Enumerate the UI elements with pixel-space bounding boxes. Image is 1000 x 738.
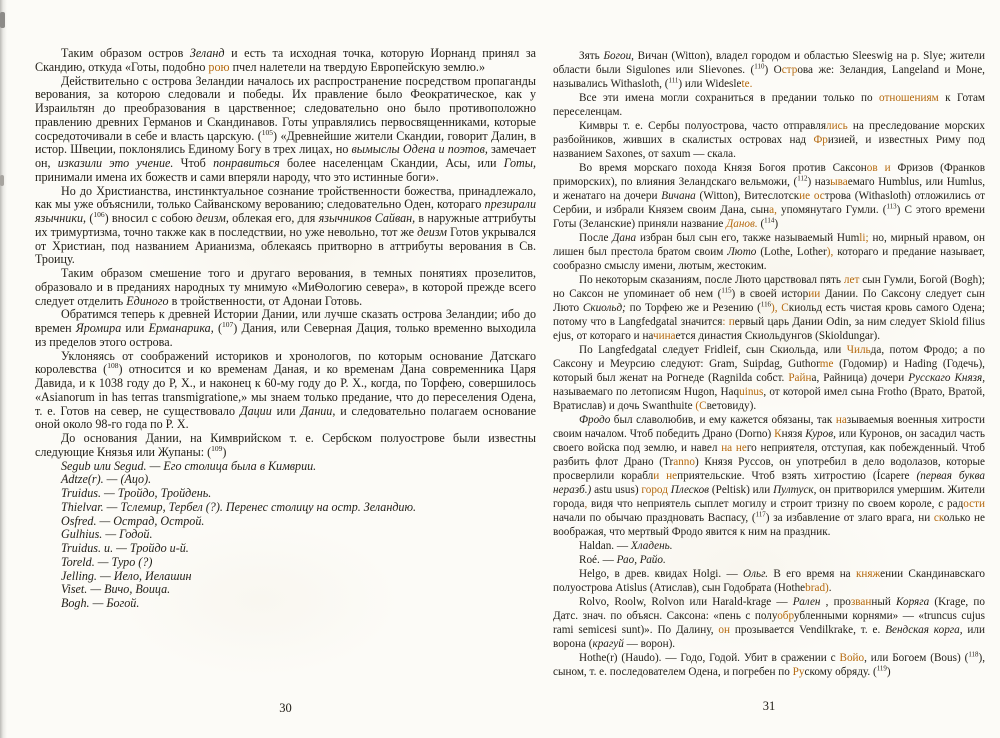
paragraph: Все эти имена могли сохраниться в предан… (553, 91, 985, 119)
paragraph: Но до Христианства, инстинктуальное созн… (35, 185, 536, 268)
king-list-item: Helgo, в древ. квидах Holgi. — Ольг. В е… (553, 567, 985, 595)
scanned-book-spread: Таким образом остров Зеланд и есть та ис… (0, 0, 1000, 738)
paragraph: Обратимся теперь к древней Истории Дании… (35, 308, 536, 349)
paragraph: Зять Богои, Вичан (Witton), владел город… (553, 49, 985, 91)
chieftain-list-item: Osfred. — Острад, Острой. (35, 515, 536, 529)
scan-edge-shadow (0, 0, 7, 738)
paragraph: Таким образом смешение того и другаго ве… (35, 267, 536, 308)
page-number-left: 30 (35, 701, 536, 716)
scan-artifact-mark (0, 175, 4, 186)
chieftain-list-item: Truidus. и. — Тройдо и-й. (35, 542, 536, 556)
paragraph: Действительно с острова Зеландии началос… (35, 75, 536, 185)
chieftain-list-item: Bogh. — Богой. (35, 597, 536, 611)
paragraph: Фродо был славолюбив, и ему кажется обяз… (553, 413, 985, 539)
paragraph: Таким образом остров Зеланд и есть та ис… (35, 47, 536, 75)
king-list-item: Haldan. — Хладень. (553, 539, 985, 553)
chieftain-list-item: Truidus. — Тройдо, Тройдень. (35, 487, 536, 501)
paragraph: После Дана избран был сын его, также наз… (553, 231, 985, 273)
chieftain-list-item: Toreld. — Туро (?) (35, 556, 536, 570)
chieftain-list-item: Thielvar. — Тслемир, Тербел (?). Перенес… (35, 501, 536, 515)
king-list-item: Roé. — Рао, Райо. (553, 553, 985, 567)
right-page: Зять Богои, Вичан (Witton), владел город… (553, 49, 985, 679)
paragraph: Уклоняясь от соображений историков и хро… (35, 350, 536, 433)
chieftain-list-item: Gulhius. — Годой. (35, 528, 536, 542)
paragraph: По некоторым сказаниям, после Люто царст… (553, 273, 985, 343)
king-list-item: Rolvo, Roolw, Rolvon или Harald-krage — … (553, 595, 985, 651)
paragraph: До основания Дании, на Кимврийском т. е.… (35, 432, 536, 460)
paragraph: Во время морскаго похода Князя Богоя про… (553, 161, 985, 231)
paragraph: По Langfedgatal следует Fridleif, сын Ск… (553, 343, 985, 413)
king-list-item: Hothe(r) (Haudo). — Годо, Годой. Убит в … (553, 651, 985, 679)
chieftain-list-item: Segub или Segud. — Его столица была в Ки… (35, 460, 536, 474)
chieftain-list-item: Viset. — Вичо, Воица. (35, 583, 536, 597)
page-number-right: 31 (553, 699, 985, 714)
chieftain-list-item: Adtze(r). — (Ацо). (35, 473, 536, 487)
paragraph: Кимвры т. е. Сербы полуострова, часто от… (553, 119, 985, 161)
chieftain-list-item: Jelling. — Иело, Иелашин (35, 570, 536, 584)
scan-artifact-mark (0, 12, 5, 28)
left-page: Таким образом остров Зеланд и есть та ис… (35, 47, 536, 611)
